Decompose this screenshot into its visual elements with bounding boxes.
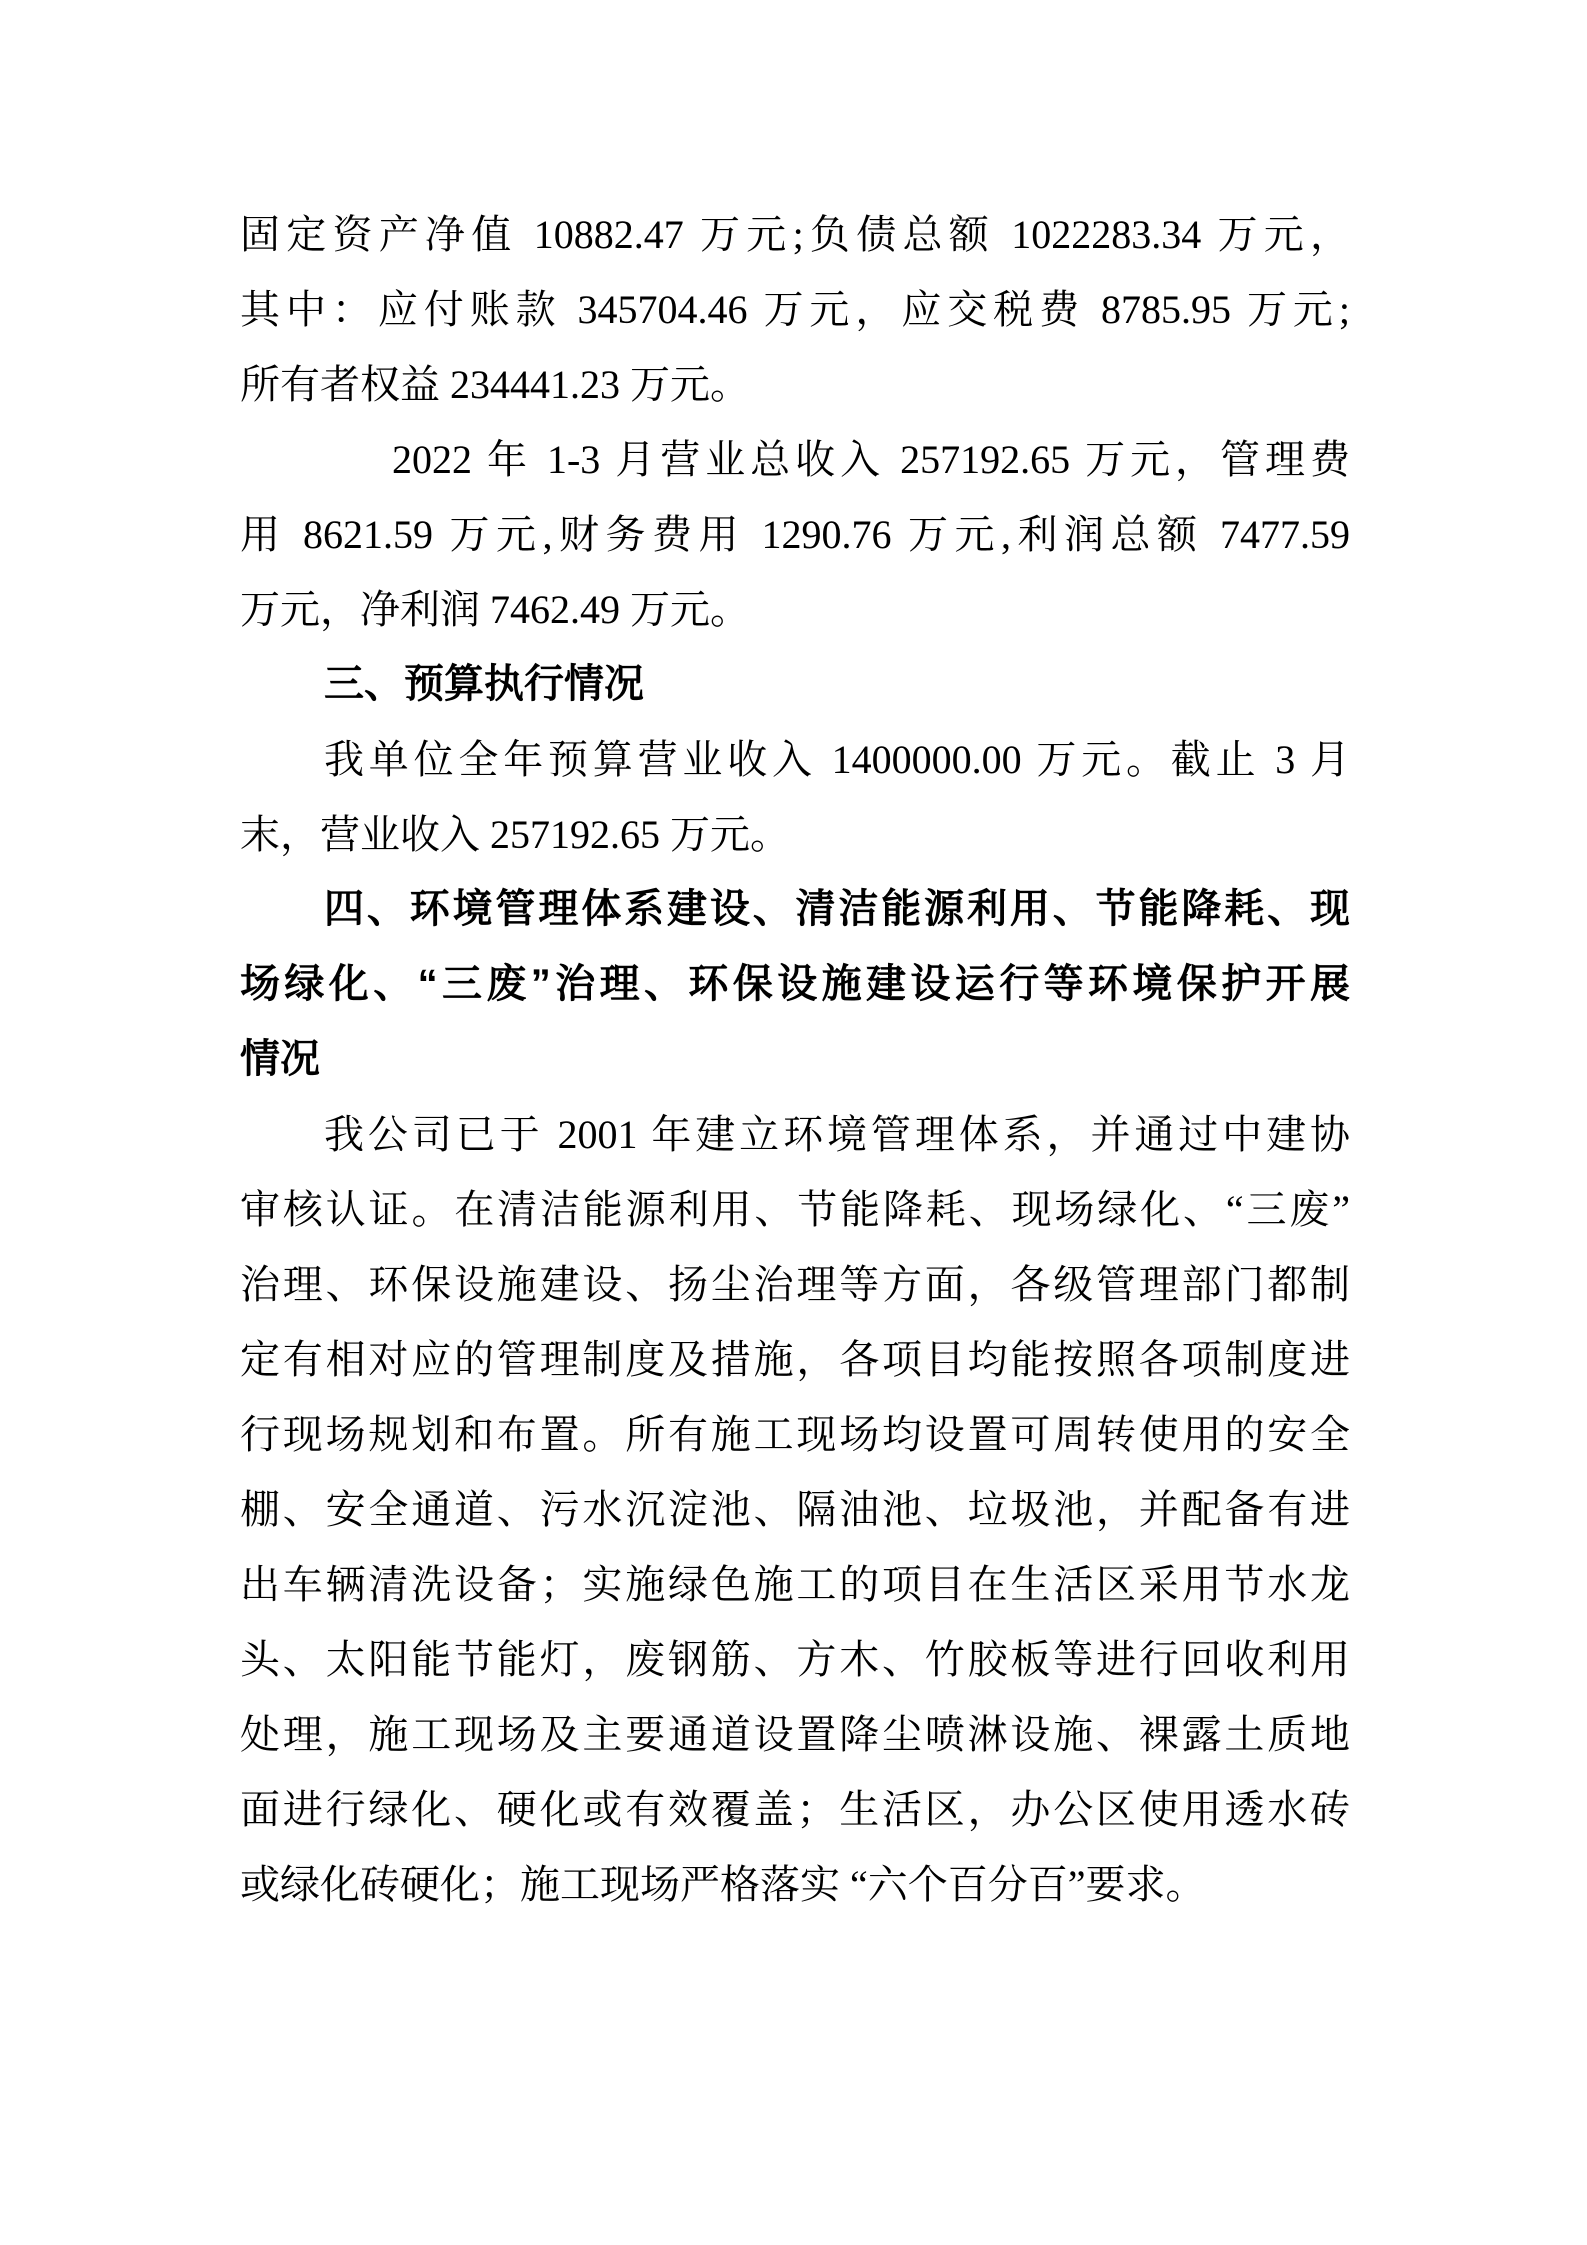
para-environment-line-4: 定有相对应的管理制度及措施，各项目均能按照各项制度进 xyxy=(240,1322,1350,1397)
para-environment-line-3: 治理、环保设施建设、扬尘治理等方面，各级管理部门都制 xyxy=(240,1247,1350,1322)
para-balance-line-1: 固定资产净值 10882.47 万元;负债总额 1022283.34 万元， xyxy=(240,197,1350,272)
para-environment-line-1: 我公司已于 2001 年建立环境管理体系，并通过中建协 xyxy=(240,1097,1350,1172)
para-income-line-2: 用 8621.59 万元,财务费用 1290.76 万元,利润总额 7477.5… xyxy=(240,497,1350,572)
para-environment-line-10: 面进行绿化、硬化或有效覆盖；生活区，办公区使用透水砖 xyxy=(240,1772,1350,1847)
para-environment-line-8: 头、太阳能节能灯，废钢筋、方木、竹胶板等进行回收利用 xyxy=(240,1622,1350,1697)
document-page: 固定资产净值 10882.47 万元;负债总额 1022283.34 万元， 其… xyxy=(0,0,1587,2245)
para-environment-line-7: 出车辆清洗设备；实施绿色施工的项目在生活区采用节水龙 xyxy=(240,1547,1350,1622)
para-income-line-3: 万元，净利润 7462.49 万元。 xyxy=(240,572,1350,647)
heading-environment-line-1: 四、环境管理体系建设、清洁能源利用、节能降耗、现 xyxy=(240,872,1350,947)
para-environment-line-2: 审核认证。在清洁能源利用、节能降耗、现场绿化、“三废” xyxy=(240,1172,1350,1247)
para-balance-line-3: 所有者权益 234441.23 万元。 xyxy=(240,347,1350,422)
heading-environment-line-3: 情况 xyxy=(240,1022,1350,1097)
document-body: 固定资产净值 10882.47 万元;负债总额 1022283.34 万元， 其… xyxy=(240,197,1350,1922)
para-environment-line-9: 处理，施工现场及主要通道设置降尘喷淋设施、裸露土质地 xyxy=(240,1697,1350,1772)
para-balance-line-2: 其中：应付账款 345704.46 万元，应交税费 8785.95 万元; xyxy=(240,272,1350,347)
para-budget-line-1: 我单位全年预算营业收入 1400000.00 万元。截止 3 月 xyxy=(240,722,1350,797)
para-environment-line-5: 行现场规划和布置。所有施工现场均设置可周转使用的安全 xyxy=(240,1397,1350,1472)
para-income-line-1: 2022 年 1-3 月营业总收入 257192.65 万元，管理费 xyxy=(240,422,1350,497)
para-environment-line-6: 棚、安全通道、污水沉淀池、隔油池、垃圾池，并配备有进 xyxy=(240,1472,1350,1547)
para-budget-line-2: 末，营业收入 257192.65 万元。 xyxy=(240,797,1350,872)
heading-budget-execution: 三、预算执行情况 xyxy=(240,647,1350,722)
para-environment-line-11: 或绿化砖硬化；施工现场严格落实 “六个百分百”要求。 xyxy=(240,1847,1350,1922)
heading-environment-line-2: 场绿化、“三废”治理、环保设施建设运行等环境保护开展 xyxy=(240,947,1350,1022)
